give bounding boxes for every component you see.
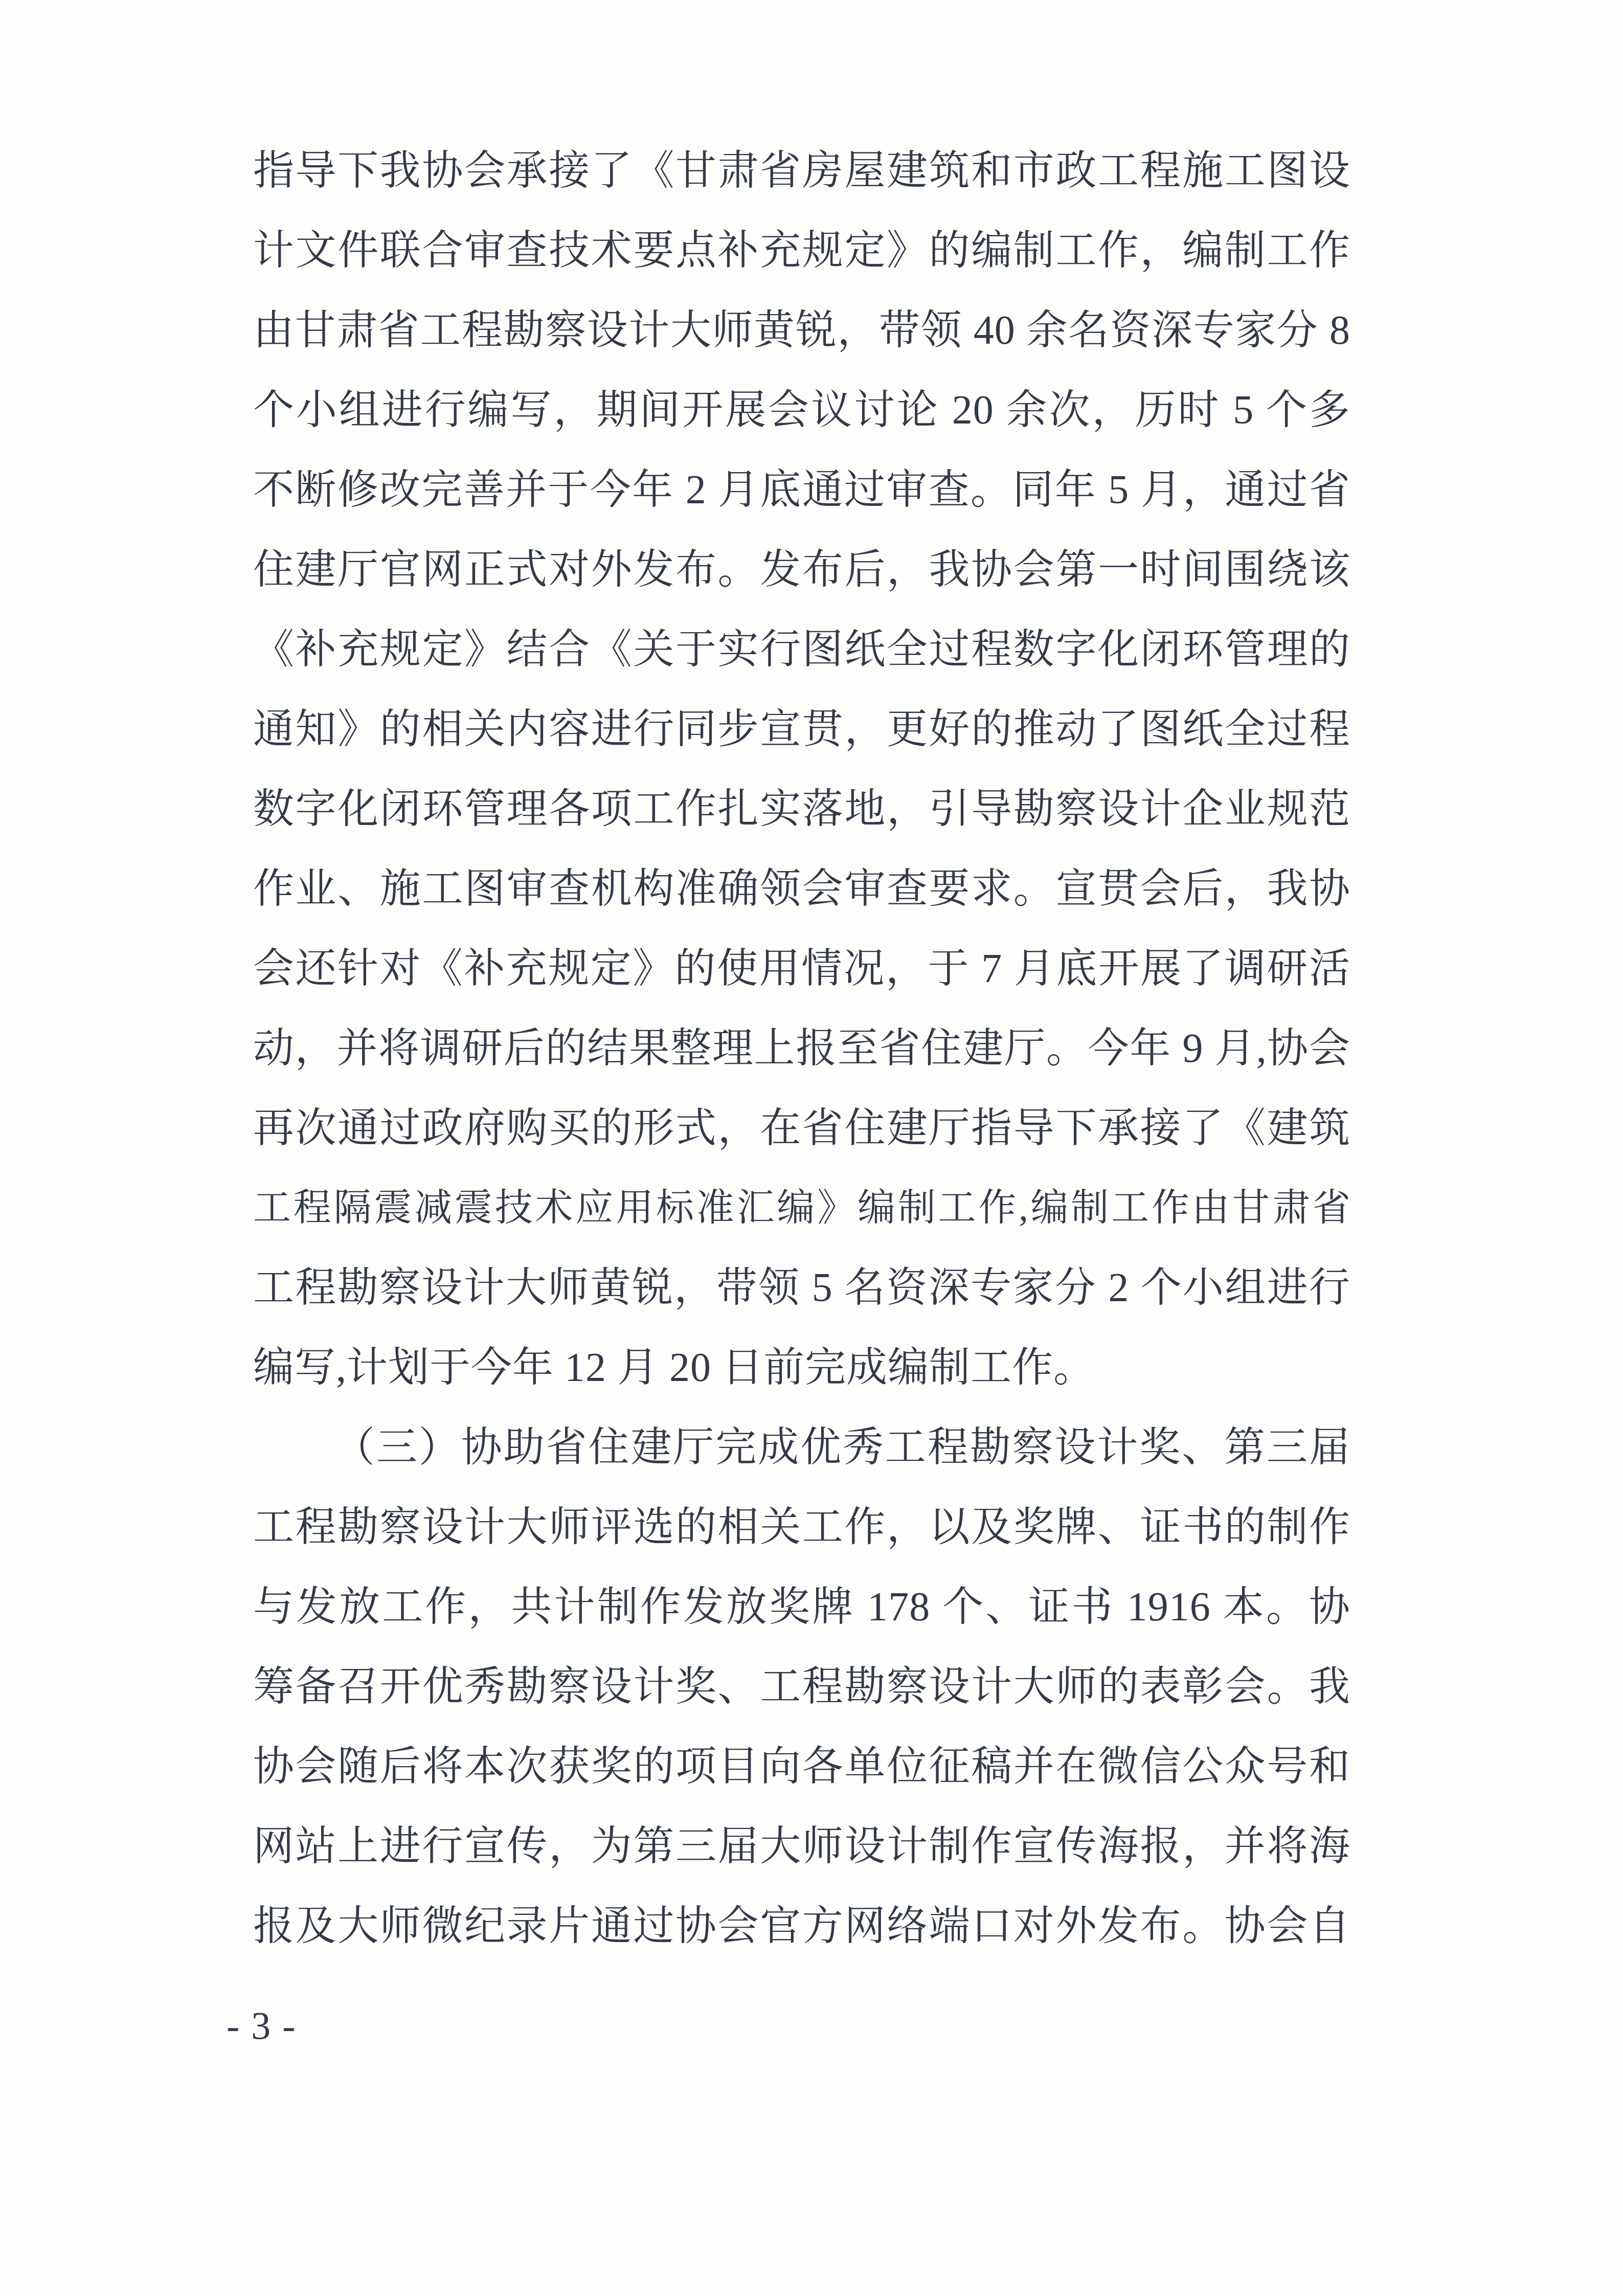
text-line: 协会随后将本次获奖的项目向各单位征稿并在微信公众号和 <box>253 1727 1350 1807</box>
text-line: 工程隔震减震技术应用标准汇编》编制工作,编制工作由甘肃省 <box>253 1168 1350 1248</box>
text-line: 住建厅官网正式对外发布。发布后，我协会第一时间围绕该 <box>253 530 1350 610</box>
text-line: 工程勘察设计大师黄锐，带领 5 名资深专家分 2 个小组进行 <box>253 1248 1350 1328</box>
scanned-document-page: 指导下我协会承接了《甘肃省房屋建筑和市政工程施工图设 计文件联合审查技术要点补充… <box>0 0 1623 2296</box>
text-line: 与发放工作，共计制作发放奖牌 178 个、证书 1916 本。协助 <box>253 1567 1350 1647</box>
text-line: 计文件联合审查技术要点补充规定》的编制工作，编制工作 <box>253 211 1350 291</box>
text-line: 个小组进行编写，期间开展会议讨论 20 余次，历时 5 个多月 <box>253 370 1350 450</box>
text-line: 指导下我协会承接了《甘肃省房屋建筑和市政工程施工图设 <box>253 131 1350 211</box>
text-line: 不断修改完善并于今年 2 月底通过审查。同年 5 月，通过省 <box>253 450 1350 530</box>
text-line: 通知》的相关内容进行同步宣贯，更好的推动了图纸全过程 <box>253 689 1350 769</box>
text-line: 再次通过政府购买的形式，在省住建厅指导下承接了《建筑 <box>253 1088 1350 1168</box>
text-line: 动，并将调研后的结果整理上报至省住建厅。今年 9 月,协会 <box>253 1009 1350 1088</box>
text-line: 数字化闭环管理各项工作扎实落地，引导勘察设计企业规范 <box>253 769 1350 849</box>
text-line: 作业、施工图审查机构准确领会审查要求。宣贯会后，我协 <box>253 849 1350 929</box>
text-line: 工程勘察设计大师评选的相关工作，以及奖牌、证书的制作 <box>253 1487 1350 1567</box>
text-line: 报及大师微纪录片通过协会官方网络端口对外发布。协会自 <box>253 1886 1350 1966</box>
body-text: 指导下我协会承接了《甘肃省房屋建筑和市政工程施工图设 计文件联合审查技术要点补充… <box>253 131 1350 1966</box>
text-line: 网站上进行宣传，为第三届大师设计制作宣传海报，并将海 <box>253 1807 1350 1886</box>
text-line: （三）协助省住建厅完成优秀工程勘察设计奖、第三届 <box>253 1408 1350 1487</box>
text-line: 筹备召开优秀勘察设计奖、工程勘察设计大师的表彰会。我 <box>253 1647 1350 1727</box>
text-line: 编写,计划于今年 12 月 20 日前完成编制工作。 <box>253 1328 1350 1408</box>
page-number: - 3 - <box>227 2003 297 2049</box>
text-line: 由甘肃省工程勘察设计大师黄锐，带领 40 余名资深专家分 8 <box>253 291 1350 370</box>
text-line: 会还针对《补充规定》的使用情况，于 7 月底开展了调研活 <box>253 929 1350 1009</box>
text-line: 《补充规定》结合《关于实行图纸全过程数字化闭环管理的 <box>253 610 1350 689</box>
